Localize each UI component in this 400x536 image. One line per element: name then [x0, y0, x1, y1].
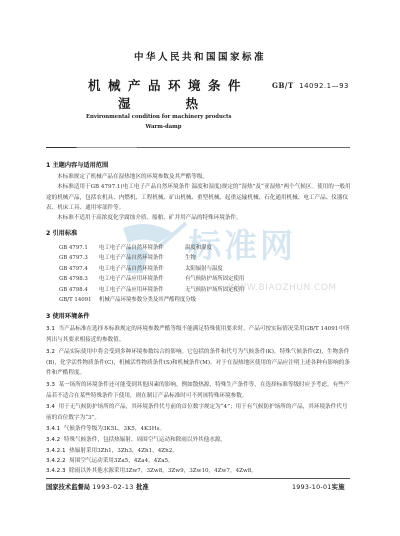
reference-item: GB 4798.4电工电子产品应用环境条件无气候防护场所固定使用: [59, 285, 244, 293]
approval-label: 批准: [136, 484, 149, 491]
footer-divider: [46, 478, 350, 479]
title-en-line1: Environmental condition for machinery pr…: [86, 114, 231, 120]
clause-3-1: 3.1 当产品标准在选择本标准规定的环境参数严酷等级不能满足特殊使用要求时，产品…: [46, 324, 351, 345]
clause-3-3: 3.3 某一场所的环境条件还可能受到其他因素的影响，例如散热源，特殊生产条件等，…: [46, 380, 351, 401]
section-1-para-3: 本标准不适用于高浓度化学腐蚀介质、船舶、矿井用产品的特殊环境条件。: [46, 213, 351, 224]
effective-info: 1993-10-01实施: [292, 482, 345, 491]
header-divider: [46, 147, 350, 148]
title-cn-line2: 湿热: [118, 94, 198, 112]
standard-code: GB/T 14092.1—93: [272, 81, 349, 90]
reference-item: GB 4797.4电工电子产品自然环境条件太阳辐射与温度: [59, 264, 223, 272]
clause-3-4-2-2: 3.4.2.2 周围空气运动采用3Za5，4Za4，4Za5。: [46, 456, 351, 467]
clause-3-4-1: 3.4.1 气候条件等级为3K5L，3K5，4K3Hs。: [46, 424, 351, 435]
section-3-heading: 3 使用环境条件: [46, 311, 90, 320]
effective-label: 实施: [332, 484, 345, 491]
national-standard-label: 中华人民共和国国家标准: [0, 49, 400, 63]
section-1-para-2: 本标准适用于GB 4797.1(电工电子产品自然环境条件 温度和湿度)规定的“湿…: [46, 182, 351, 214]
clause-3-4: 3.4 用于无气候防护场所的产品，其环境条件代号前的首位数字规定为“4”；用于有…: [46, 402, 351, 423]
approval-info: 国家技术监督局 1993-02-13 批准: [46, 482, 149, 491]
title-cn-line2-b: 热: [186, 96, 199, 111]
reference-item: GB/T 14091机械产品环境参数分类及其严酷程度分级: [59, 295, 196, 303]
reference-item: GB 4797.1电工电子产品自然环境条件温度和湿度: [59, 243, 212, 251]
clause-3-4-2: 3.4.2 特殊气候条件，包括热辐射、周围空气运动和除雨以外其他水源。: [46, 435, 351, 446]
effective-date: 1993-10-01: [292, 484, 332, 491]
standard-code-number: 14092.1—93: [299, 82, 349, 90]
section-1-para-1: 本标准规定了机械产品在湿热地区的环境参数及其严酷等级。: [46, 172, 351, 183]
title-cn-line1: 机械产品环境条件: [88, 76, 248, 94]
section-2-heading: 2 引用标准: [46, 228, 77, 237]
reference-item: GB 4798.3电工电子产品应用环境条件有气候防护场所固定使用: [59, 274, 244, 282]
approving-authority: 国家技术监督局: [46, 484, 90, 491]
standard-code-prefix: GB/T: [272, 81, 294, 90]
title-en-line2: Warm-damp: [0, 124, 327, 130]
clause-3-2: 3.2 产品实际使用中将会受到多种环境参数综合的影响。它包括的条件和代号为气候条…: [46, 347, 351, 379]
title-cn-line2-a: 湿: [118, 96, 131, 111]
clause-3-4-2-3: 3.4.2.3 除雨以外其他水源采用3Zw7，3Zw8，3Zw9，3Zw10，4…: [46, 466, 351, 477]
approval-date: 1993-02-13: [92, 484, 134, 491]
section-1-heading: 1 主题内容与适用范围: [46, 160, 108, 169]
clause-3-4-2-1: 3.4.2.1 热辐射采用3Zh1，3Zh3，4Zh1，4Zh2。: [46, 446, 351, 457]
reference-item: GB 4797.3电工电子产品自然环境条件生物: [59, 253, 196, 261]
